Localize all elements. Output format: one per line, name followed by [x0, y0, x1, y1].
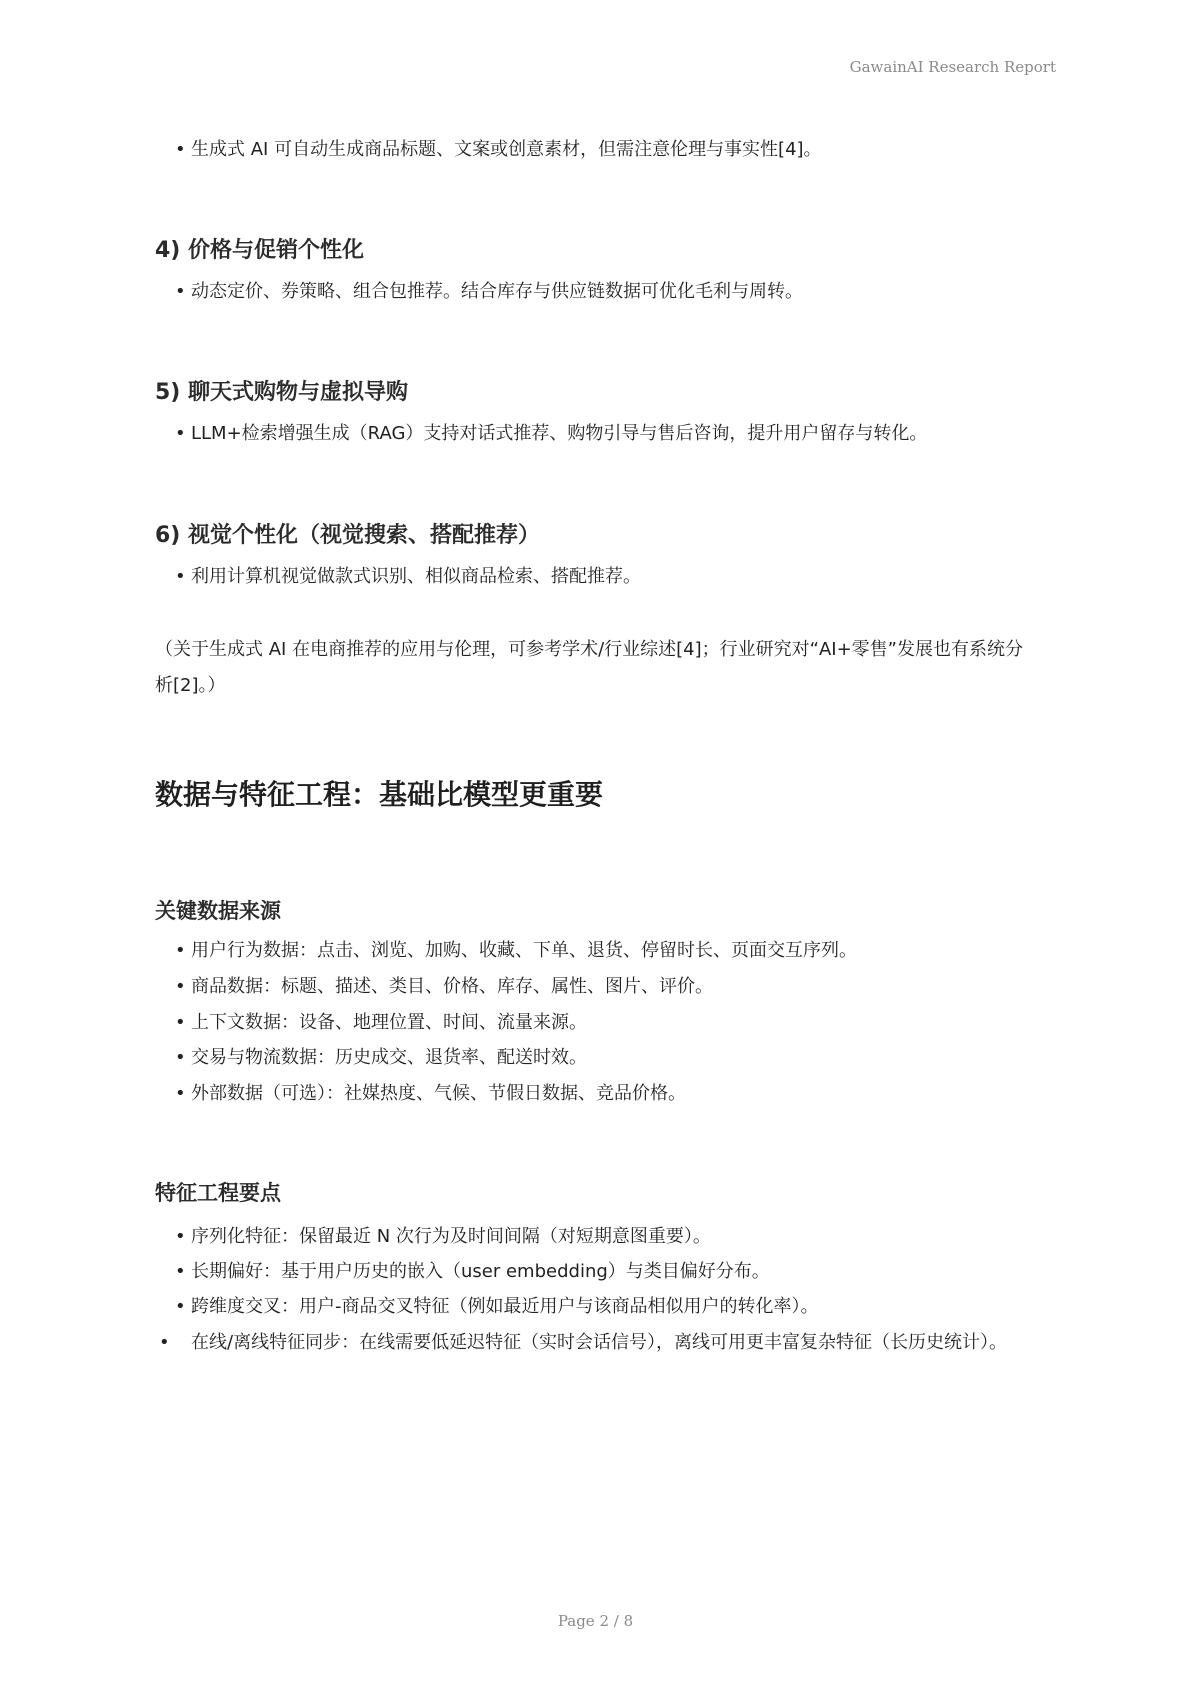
list-item: •用户行为数据：点击、浏览、加购、收藏、下单、退货、停留时长、页面交互序列。: [175, 934, 857, 968]
section-heading-visual: 6) 视觉个性化（视觉搜索、搭配推荐）: [155, 518, 540, 549]
bullet-icon: •: [175, 560, 191, 594]
section-title-data-features: 数据与特征工程：基础比模型更重要: [155, 773, 603, 813]
subsection-heading-data-sources: 关键数据来源: [155, 895, 281, 925]
bullet-icon: •: [175, 1041, 191, 1075]
page-number: Page 2 / 8: [0, 1612, 1191, 1630]
section-heading-pricing: 4) 价格与促销个性化: [155, 233, 364, 264]
list-item: •动态定价、券策略、组合包推荐。结合库存与供应链数据可优化毛利与周转。: [175, 275, 803, 309]
bullet-icon: •: [175, 1326, 191, 1360]
list-item: •交易与物流数据：历史成交、退货率、配送时效。: [175, 1041, 587, 1075]
reference-note: （关于生成式 AI 在电商推荐的应用与伦理，可参考学术/行业综述[4]；行业研究…: [155, 632, 1035, 704]
bullet-icon: •: [175, 1077, 191, 1111]
bullet-icon: •: [175, 417, 191, 451]
bullet-icon: •: [175, 133, 191, 167]
bullet-icon: •: [175, 970, 191, 1004]
bullet-icon: •: [175, 1220, 191, 1254]
list-item: •跨维度交叉：用户-商品交叉特征（例如最近用户与该商品相似用户的转化率）。: [175, 1290, 819, 1324]
list-item: •LLM+检索增强生成（RAG）支持对话式推荐、购物引导与售后咨询，提升用户留存…: [175, 417, 927, 451]
subsection-heading-feature-engineering: 特征工程要点: [155, 1177, 281, 1207]
list-item: •生成式 AI 可自动生成商品标题、文案或创意素材，但需注意伦理与事实性[4]。: [175, 133, 822, 167]
list-item: •商品数据：标题、描述、类目、价格、库存、属性、图片、评价。: [175, 970, 713, 1004]
list-item: •序列化特征：保留最近 N 次行为及时间间隔（对短期意图重要）。: [175, 1220, 711, 1254]
list-item: •外部数据（可选）：社媒热度、气候、节假日数据、竞品价格。: [175, 1077, 686, 1111]
bullet-icon: •: [175, 1290, 191, 1324]
bullet-icon: •: [175, 275, 191, 309]
section-heading-chat-shopping: 5) 聊天式购物与虚拟导购: [155, 375, 408, 406]
list-item: •在线/离线特征同步：在线需要低延迟特征（实时会话信号），离线可用更丰富复杂特征…: [175, 1326, 1051, 1360]
list-item: •利用计算机视觉做款式识别、相似商品检索、搭配推荐。: [175, 560, 641, 594]
bullet-icon: •: [175, 934, 191, 968]
list-item: •上下文数据：设备、地理位置、时间、流量来源。: [175, 1006, 587, 1040]
report-header: GawainAI Research Report: [850, 58, 1056, 76]
bullet-icon: •: [175, 1255, 191, 1289]
bullet-icon: •: [175, 1006, 191, 1040]
list-item: •长期偏好：基于用户历史的嵌入（user embedding）与类目偏好分布。: [175, 1255, 770, 1289]
